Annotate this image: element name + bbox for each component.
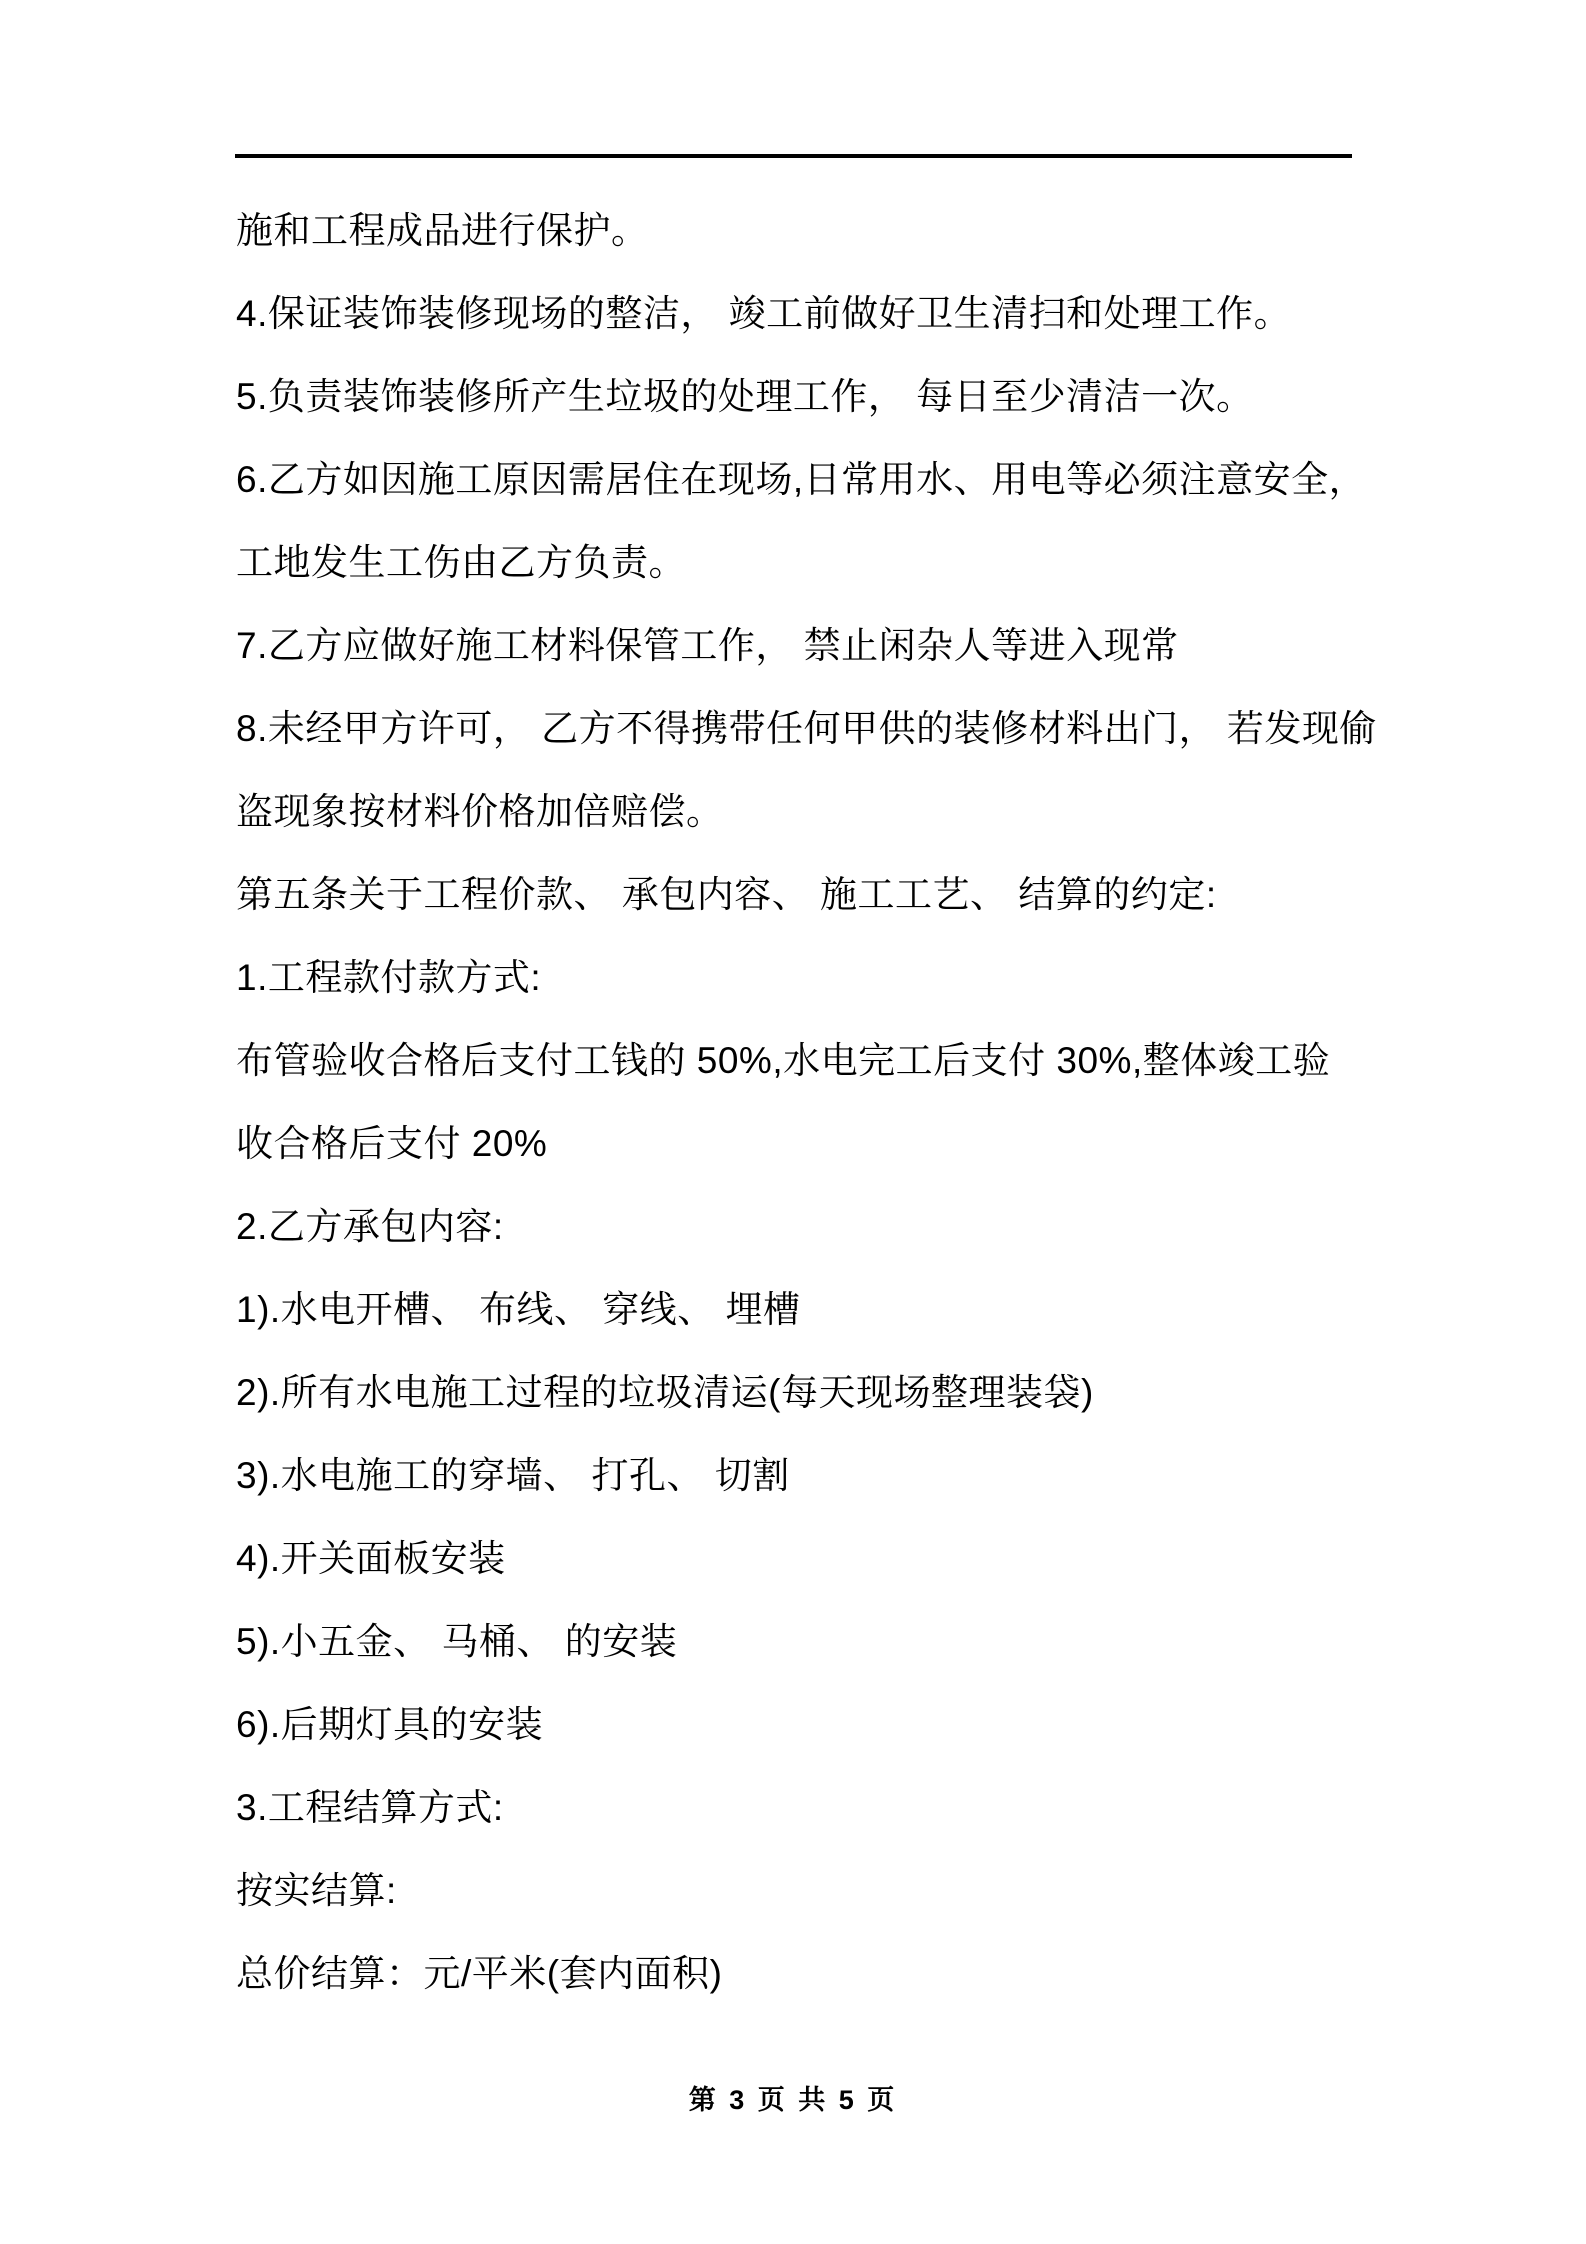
doc-line: 5.负责装饰装修所产生垃圾的处理工作， 每日至少清洁一次。 (236, 355, 1356, 438)
document-body: 施和工程成品进行保护。 4.保证装饰装修现场的整洁， 竣工前做好卫生清扫和处理工… (236, 189, 1356, 2015)
doc-line: 1.工程款付款方式: (236, 936, 1356, 1019)
document-page: 施和工程成品进行保护。 4.保证装饰装修现场的整洁， 竣工前做好卫生清扫和处理工… (0, 0, 1586, 2244)
doc-line: 4).开关面板安装 (236, 1517, 1356, 1600)
doc-line: 2.乙方承包内容: (236, 1185, 1356, 1268)
doc-line: 1).水电开槽、 布线、 穿线、 埋槽 (236, 1268, 1356, 1351)
doc-line: 收合格后支付 20% (236, 1102, 1356, 1185)
doc-line: 8.未经甲方许可， 乙方不得携带任何甲供的装修材料出门， 若发现偷 (236, 687, 1356, 770)
doc-line: 盗现象按材料价格加倍赔偿。 (236, 770, 1356, 853)
doc-line: 4.保证装饰装修现场的整洁， 竣工前做好卫生清扫和处理工作。 (236, 272, 1356, 355)
doc-line: 5).小五金、 马桶、 的安装 (236, 1600, 1356, 1683)
doc-line: 2).所有水电施工过程的垃圾清运(每天现场整理装袋) (236, 1351, 1356, 1434)
doc-line: 布管验收合格后支付工钱的 50%,水电完工后支付 30%,整体竣工验 (236, 1019, 1356, 1102)
doc-line: 工地发生工伤由乙方负责。 (236, 521, 1356, 604)
header-divider-rule (235, 154, 1352, 158)
doc-line: 6.乙方如因施工原因需居住在现场,日常用水、用电等必须注意安全， (236, 438, 1356, 521)
doc-line: 施和工程成品进行保护。 (236, 189, 1356, 272)
doc-line: 第五条关于工程价款、 承包内容、 施工工艺、 结算的约定: (236, 853, 1356, 936)
doc-line: 7.乙方应做好施工材料保管工作， 禁止闲杂人等进入现常 (236, 604, 1356, 687)
doc-line: 6).后期灯具的安装 (236, 1683, 1356, 1766)
doc-line: 3.工程结算方式: (236, 1766, 1356, 1849)
doc-line: 按实结算: (236, 1849, 1356, 1932)
doc-line: 总价结算：元/平米(套内面积) (236, 1932, 1356, 2015)
doc-line: 3).水电施工的穿墙、 打孔、 切割 (236, 1434, 1356, 1517)
page-footer-page-number: 第 3 页 共 5 页 (0, 2078, 1586, 2117)
